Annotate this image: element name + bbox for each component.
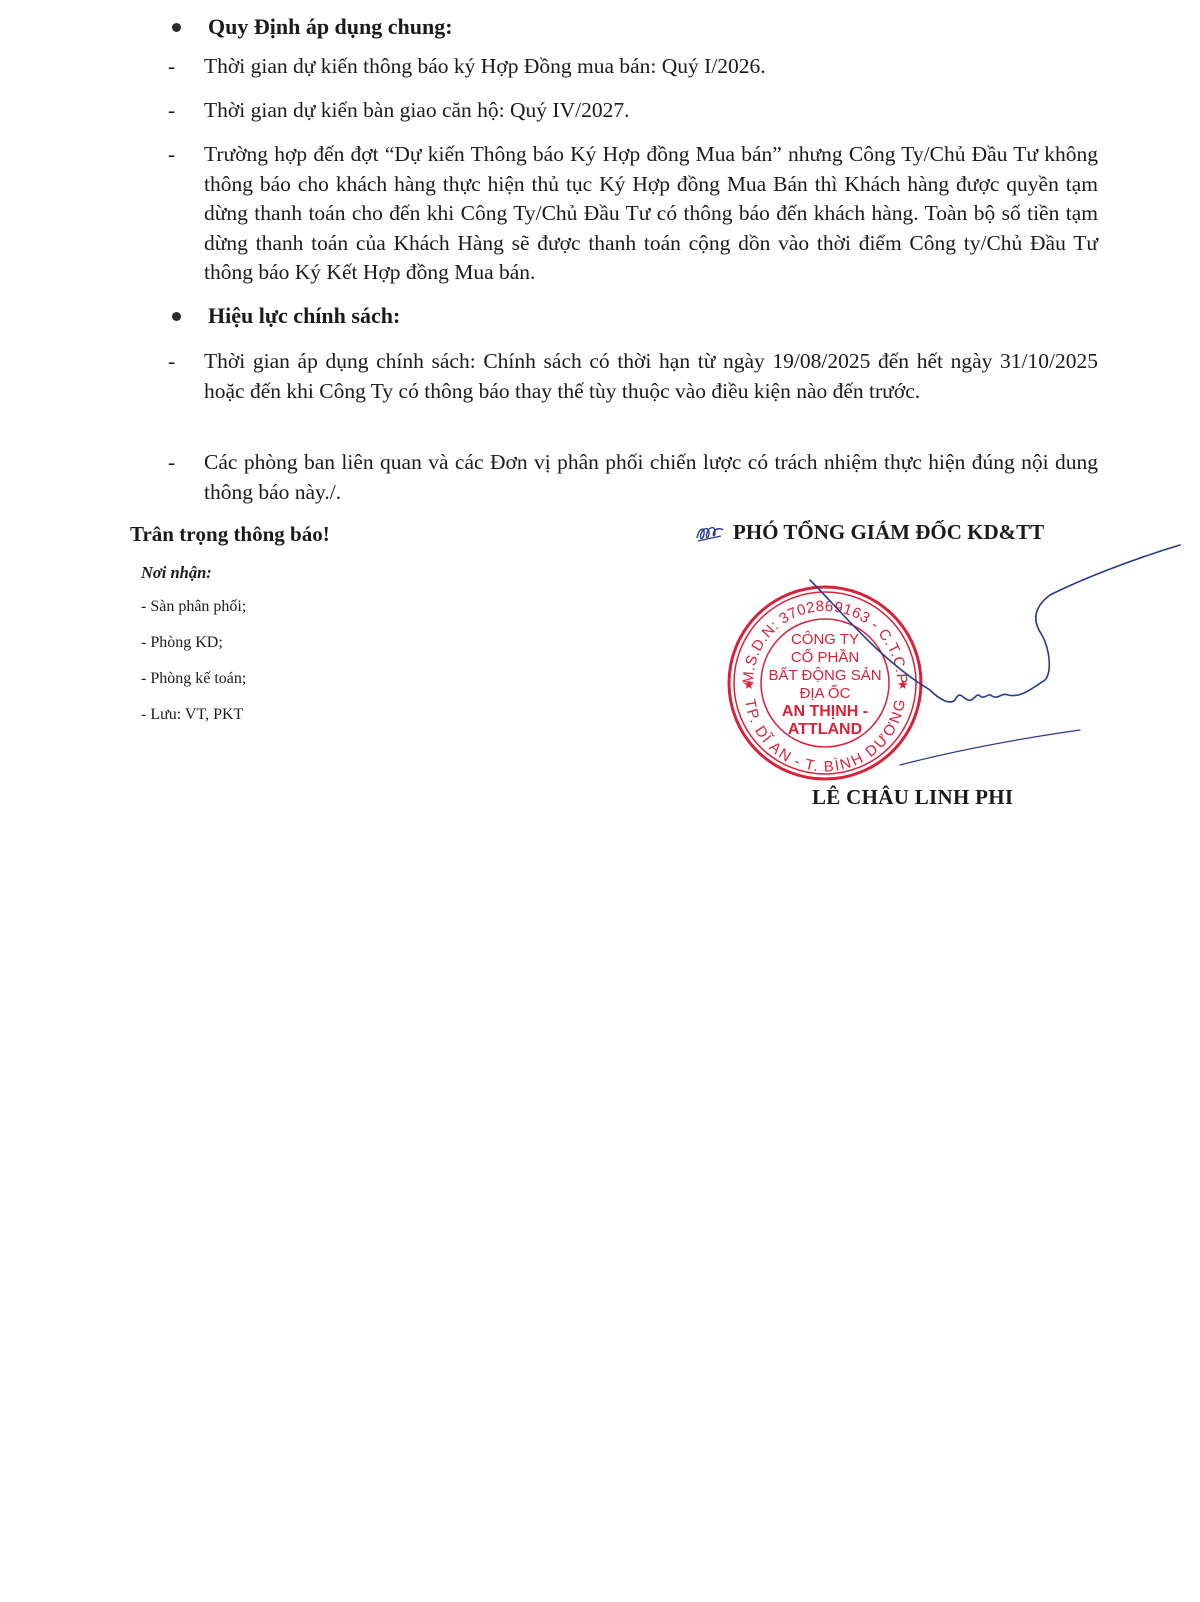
list-item: - Thời gian dự kiến thông báo ký Hợp Đồn…	[168, 52, 1098, 82]
closing-remark: Trân trọng thông báo!	[130, 522, 330, 547]
list-item-text: Thời gian áp dụng chính sách: Chính sách…	[204, 347, 1098, 406]
recipients-block: Nơi nhận: - Sàn phân phối; - Phòng KD; -…	[141, 563, 246, 741]
signer-name: LÊ CHÂU LINH PHI	[812, 785, 1013, 810]
stamp-center-text: CÔNG TY CỔ PHẦN BẤT ĐỘNG SẢN ĐỊA ỐC AN T…	[725, 583, 925, 783]
list-item: - Thời gian dự kiến bàn giao căn hộ: Quý…	[168, 96, 1098, 126]
signer-title: PHÓ TỔNG GIÁM ĐỐC KD&TT	[695, 520, 1044, 545]
handwritten-initials-icon	[695, 522, 725, 544]
section-heading-general-rules: Quy Định áp dụng chung:	[172, 14, 453, 40]
section-heading-text: Hiệu lực chính sách:	[208, 303, 400, 329]
stamp-line-company: ATTLAND	[788, 721, 862, 739]
recipient-item: - Lưu: VT, PKT	[141, 705, 246, 741]
recipient-item: - Phòng kế toán;	[141, 669, 246, 705]
list-item-text: Thời gian dự kiến thông báo ký Hợp Đồng …	[204, 52, 1098, 82]
dash-marker: -	[168, 140, 175, 170]
dash-marker: -	[168, 448, 175, 478]
list-item-text: Các phòng ban liên quan và các Đơn vị ph…	[204, 448, 1098, 507]
stamp-line: CÔNG TY	[791, 631, 859, 649]
recipients-label: Nơi nhận:	[141, 563, 246, 583]
bullet-icon	[172, 312, 181, 321]
document-page: Quy Định áp dụng chung: - Thời gian dự k…	[0, 0, 1200, 1602]
section-heading-text: Quy Định áp dụng chung:	[208, 14, 453, 40]
dash-marker: -	[168, 96, 175, 126]
stamp-line: ĐỊA ỐC	[800, 685, 851, 703]
list-item-text: Trường hợp đến đợt “Dự kiến Thông báo Ký…	[204, 140, 1098, 288]
list-item: - Các phòng ban liên quan và các Đơn vị …	[168, 448, 1098, 507]
stamp-line-company: AN THỊNH -	[782, 703, 868, 721]
dash-marker: -	[168, 347, 175, 377]
list-item: - Trường hợp đến đợt “Dự kiến Thông báo …	[168, 140, 1098, 288]
list-item-text: Thời gian dự kiến bàn giao căn hộ: Quý I…	[204, 96, 1098, 126]
signer-title-text: PHÓ TỔNG GIÁM ĐỐC KD&TT	[733, 520, 1044, 545]
bullet-icon	[172, 23, 181, 32]
dash-marker: -	[168, 52, 175, 82]
recipient-item: - Sàn phân phối;	[141, 597, 246, 633]
company-stamp: M.S.D.N: 3702869163 - C.T.C.P TP. DĨ AN …	[725, 583, 925, 783]
list-item: - Thời gian áp dụng chính sách: Chính sá…	[168, 347, 1098, 406]
stamp-line: BẤT ĐỘNG SẢN	[768, 667, 881, 685]
stamp-line: CỔ PHẦN	[791, 649, 859, 667]
recipient-item: - Phòng KD;	[141, 633, 246, 669]
section-heading-policy-validity: Hiệu lực chính sách:	[172, 303, 400, 329]
